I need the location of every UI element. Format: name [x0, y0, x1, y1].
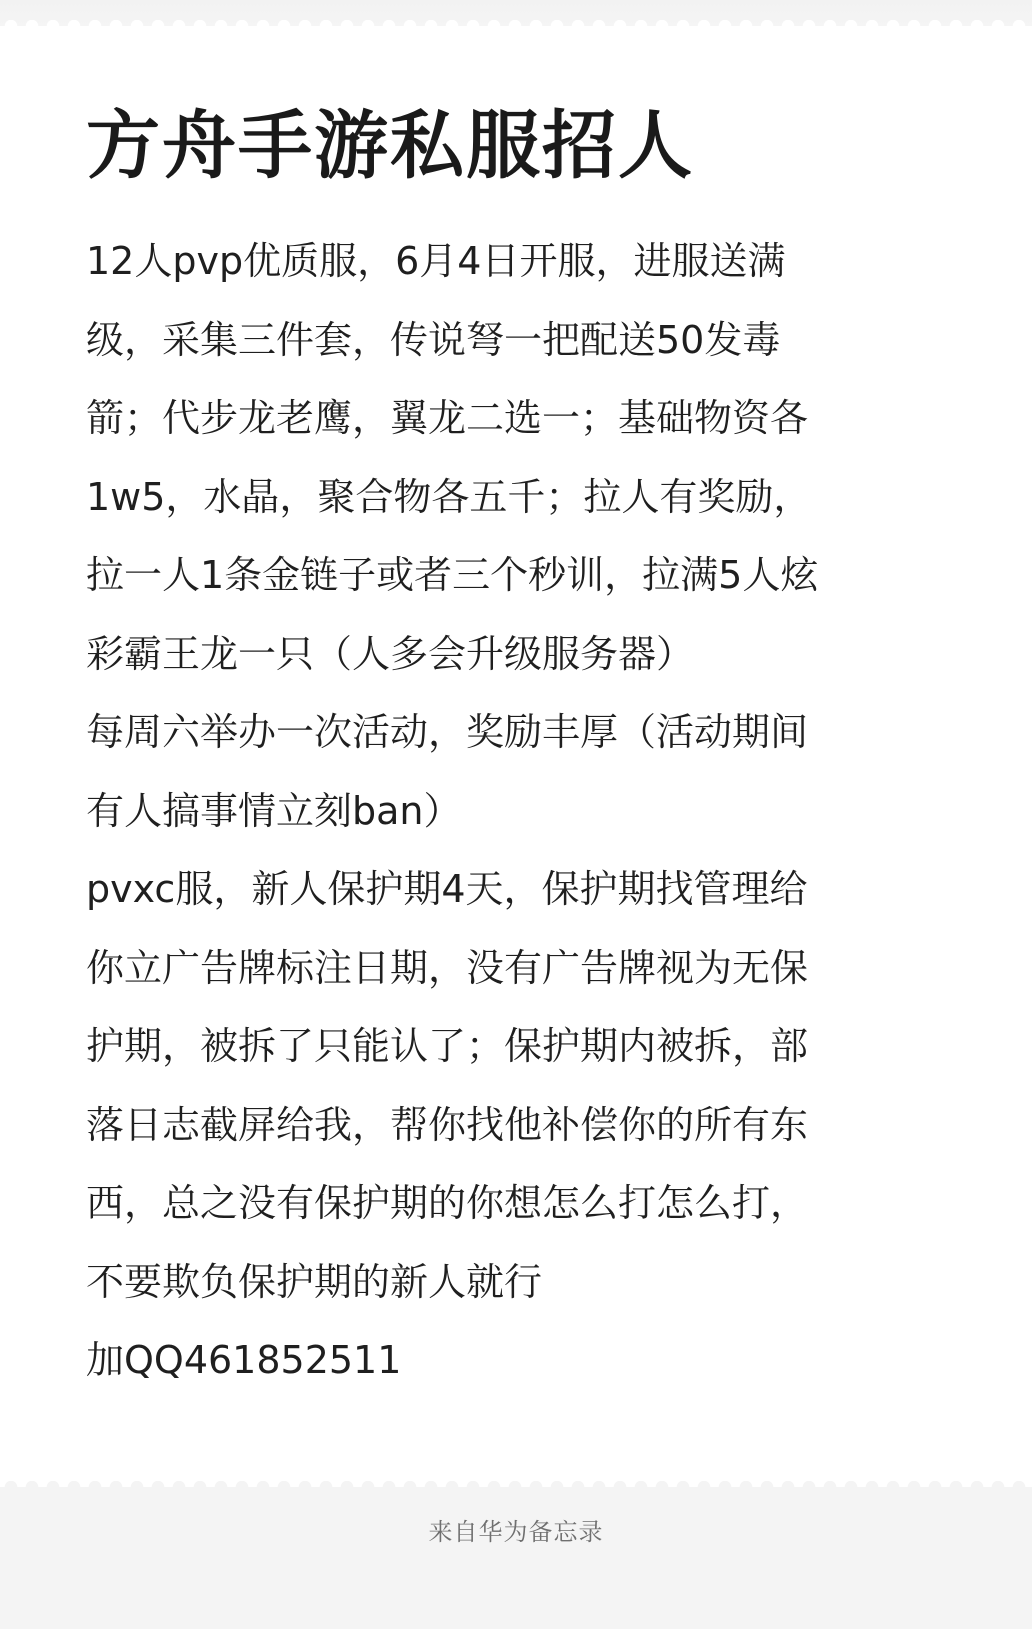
note-line: 12人pvp优质服，6月4日开服，进服送满	[86, 222, 966, 301]
note-line: 1w5，水晶，聚合物各五千；拉人有奖励，	[86, 458, 966, 537]
note-line: 拉一人1条金链子或者三个秒训，拉满5人炫	[86, 536, 966, 615]
note-line: 不要欺负保护期的新人就行	[86, 1243, 966, 1322]
note-line: 落日志截屏给我，帮你找他补偿你的所有东	[86, 1086, 966, 1165]
footer: 来自华为备忘录	[0, 1487, 1032, 1629]
note-title: 方舟手游私服招人	[86, 96, 694, 196]
source-label: 来自华为备忘录	[0, 1517, 1032, 1547]
note-line: 有人搞事情立刻ban）	[86, 772, 966, 851]
note-line: 西，总之没有保护期的你想怎么打怎么打，	[86, 1164, 966, 1243]
note-line-contact: 加QQ461852511	[86, 1321, 966, 1400]
note-card: 方舟手游私服招人 12人pvp优质服，6月4日开服，进服送满 级，采集三件套，传…	[0, 26, 1032, 1487]
memo-share-image: 方舟手游私服招人 12人pvp优质服，6月4日开服，进服送满 级，采集三件套，传…	[0, 0, 1032, 1629]
note-line: 箭；代步龙老鹰，翼龙二选一；基础物资各	[86, 379, 966, 458]
note-line: 级，采集三件套，传说弩一把配送50发毒	[86, 301, 966, 380]
note-line: 彩霸王龙一只（人多会升级服务器）	[86, 615, 966, 694]
note-line: pvxc服，新人保护期4天，保护期找管理给	[86, 850, 966, 929]
note-line: 你立广告牌标注日期，没有广告牌视为无保	[86, 929, 966, 1008]
scalloped-edge-top	[0, 20, 1032, 32]
note-line: 每周六举办一次活动，奖励丰厚（活动期间	[86, 693, 966, 772]
note-body: 12人pvp优质服，6月4日开服，进服送满 级，采集三件套，传说弩一把配送50发…	[86, 222, 966, 1400]
note-line: 护期，被拆了只能认了；保护期内被拆，部	[86, 1007, 966, 1086]
